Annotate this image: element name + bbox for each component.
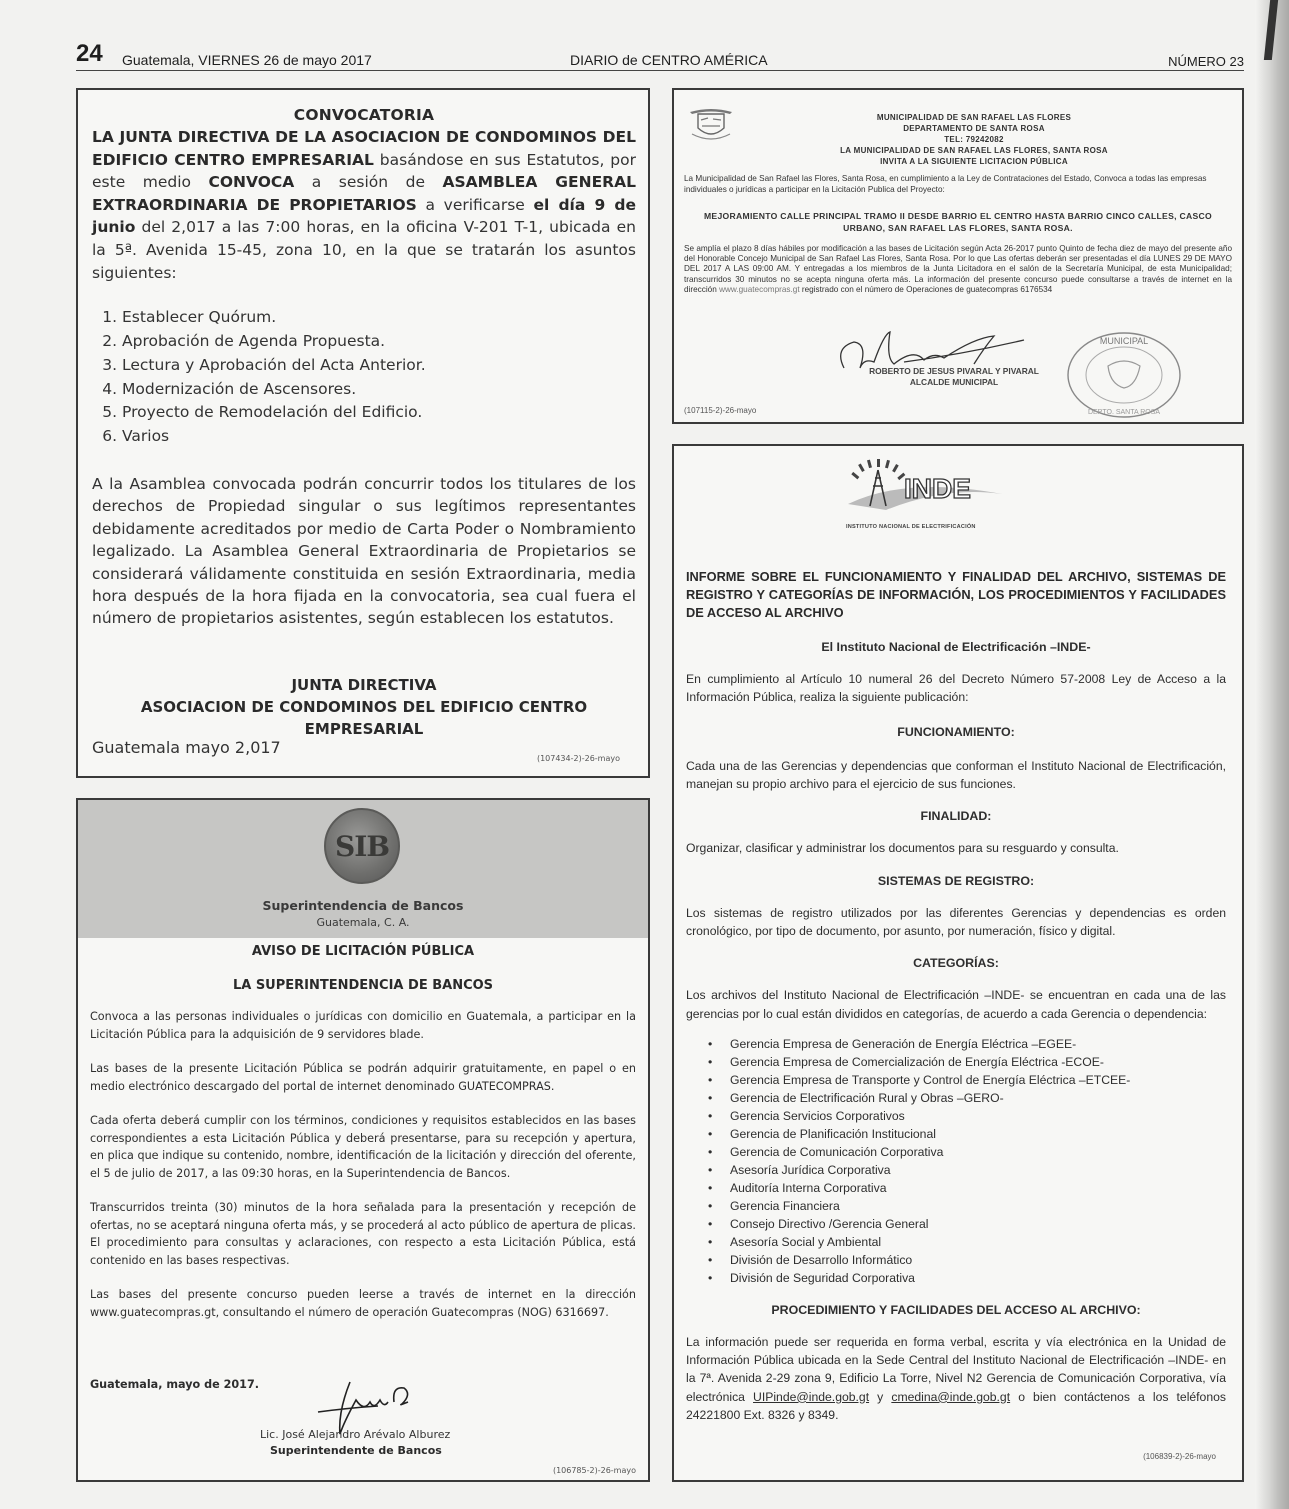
header-line: LA MUNICIPALIDAD DE SAN RAFAEL LAS FLORE… — [744, 145, 1204, 156]
agenda-item: Proyecto de Remodelación del Edificio. — [122, 401, 636, 425]
ad-reference: (107115-2)-26-mayo — [684, 406, 756, 415]
funcionamiento-text: Cada una de las Gerencias y dependencias… — [686, 757, 1226, 793]
section-heading-funcionamiento: FUNCIONAMIENTO: — [686, 723, 1226, 741]
notice-signature: JUNTA DIRECTIVA ASOCIACION DE CONDOMINOS… — [92, 674, 636, 740]
agenda-item: Aprobación de Agenda Propuesta. — [122, 330, 636, 354]
section-heading-procedimiento: PROCEDIMIENTO Y FACILIDADES DEL ACCESO A… — [686, 1301, 1226, 1319]
inde-logo-icon: INDE — [846, 456, 1002, 518]
section-heading-categorias: CATEGORÍAS: — [686, 954, 1226, 972]
header-line: TEL: 79242082 — [744, 134, 1204, 145]
signer-name: ROBERTO DE JESUS PIVARAL Y PIVARAL — [824, 366, 1084, 377]
report-subtitle: El Instituto Nacional de Electrificación… — [686, 638, 1226, 656]
newspaper-name: DIARIO de CENTRO AMÉRICA — [570, 52, 768, 68]
svg-text:MUNICIPAL: MUNICIPAL — [1100, 336, 1148, 346]
lead-segment: CONVOCA — [209, 173, 295, 191]
place-date: Guatemala mayo 2,017 — [92, 738, 281, 757]
signer-title: Superintendente de Bancos — [270, 1444, 442, 1457]
tender-body: Convoca a las personas individuales o ju… — [90, 1008, 636, 1338]
org-name: Superintendencia de Bancos — [78, 898, 648, 913]
lead-segment: del 2,017 a las 7:00 horas, en la oficin… — [92, 218, 636, 281]
guatecompras-link[interactable]: www.guatecompras.gt — [719, 285, 800, 294]
tender-paragraph: Transcurridos treinta (30) minutos de la… — [90, 1199, 636, 1269]
header-line: MUNICIPALIDAD DE SAN RAFAEL LAS FLORES — [744, 112, 1204, 123]
municipal-stamp-icon: MUNICIPAL DEPTO. SANTA ROSA — [1064, 330, 1184, 420]
sib-tender-notice: SIB Superintendencia de Bancos Guatemala… — [76, 798, 650, 1482]
header-line: INVITA A LA SIGUIENTE LICITACION PÚBLICA — [744, 156, 1204, 167]
header-line: DEPARTAMENTO DE SANTA ROSA — [744, 123, 1204, 134]
inde-archive-report: INDE INSTITUTO NACIONAL DE ELECTRIFICACI… — [672, 444, 1244, 1482]
sistemas-text: Los sistemas de registro utilizados por … — [686, 904, 1226, 940]
svg-text:DEPTO. SANTA ROSA: DEPTO. SANTA ROSA — [1088, 409, 1160, 416]
tender-paragraph: Convoca a las personas individuales o ju… — [90, 1008, 636, 1043]
finalidad-text: Organizar, clasificar y administrar los … — [686, 839, 1226, 857]
municipal-detail: Se amplía el plazo 8 días hábiles por mo… — [684, 244, 1232, 295]
agenda-item: Lectura y Aprobación del Acta Anterior. — [122, 354, 636, 378]
signer-title: ALCALDE MUNICIPAL — [824, 377, 1084, 388]
signature-line1: JUNTA DIRECTIVA — [92, 674, 636, 696]
category-item: Gerencia Empresa de Generación de Energí… — [730, 1035, 1226, 1053]
category-item: División de Seguridad Corporativa — [730, 1269, 1226, 1287]
email-link-uip[interactable]: UIPinde@inde.gob.gt — [753, 1390, 869, 1404]
sib-seal-icon: SIB — [324, 808, 400, 884]
tender-paragraph: Las bases del presente concurso pueden l… — [90, 1286, 636, 1321]
ad-reference: (106785-2)-26-mayo — [553, 1466, 636, 1475]
notice-paragraph: A la Asamblea convocada podrán concurrir… — [92, 473, 636, 630]
convocatoria-notice: CONVOCATORIA LA JUNTA DIRECTIVA DE LA AS… — [76, 88, 650, 778]
ad-reference: (107434-2)-26-mayo — [537, 754, 620, 763]
notice-lead: LA JUNTA DIRECTIVA DE LA ASOCIACION DE C… — [92, 126, 636, 284]
procedimiento-text: La información puede ser requerida en fo… — [686, 1333, 1226, 1424]
tender-paragraph: Cada oferta deberá cumplir con los térmi… — [90, 1112, 636, 1182]
agenda-item: Varios — [122, 425, 636, 449]
tender-paragraph: Las bases de la presente Licitación Públ… — [90, 1060, 636, 1095]
notice-title: CONVOCATORIA — [92, 106, 636, 124]
category-item: Asesoría Social y Ambiental — [730, 1233, 1226, 1251]
org-location: Guatemala, C. A. — [78, 916, 648, 929]
category-item: Gerencia de Planificación Institucional — [730, 1125, 1226, 1143]
tender-subheading: LA SUPERINTENDENCIA DE BANCOS — [78, 978, 648, 993]
categories-list: Gerencia Empresa de Generación de Energí… — [686, 1035, 1226, 1287]
category-item: División de Desarrollo Informático — [730, 1251, 1226, 1269]
section-heading-finalidad: FINALIDAD: — [686, 807, 1226, 825]
municipal-header: MUNICIPALIDAD DE SAN RAFAEL LAS FLORESDE… — [744, 112, 1204, 167]
page-header: 24 Guatemala, VIERNES 26 de mayo 2017 DI… — [76, 44, 1244, 71]
municipal-intro: La Municipalidad de San Rafael las Flore… — [684, 174, 1232, 195]
inde-logo-subtitle: INSTITUTO NACIONAL DE ELECTRIFICACIÓN — [846, 524, 1006, 530]
agenda-item: Establecer Quórum. — [122, 306, 636, 330]
project-name: MEJORAMIENTO CALLE PRINCIPAL TRAMO II DE… — [684, 210, 1232, 234]
category-item: Gerencia Servicios Corporativos — [730, 1107, 1226, 1125]
category-item: Gerencia de Electrificación Rural y Obra… — [730, 1089, 1226, 1107]
municipal-tender-notice: MUNICIPALIDAD DE SAN RAFAEL LAS FLORESDE… — [672, 88, 1244, 424]
date-line: Guatemala, VIERNES 26 de mayo 2017 — [122, 52, 372, 68]
report-content: El Instituto Nacional de Electrificación… — [686, 638, 1226, 1424]
page-edge — [1255, 0, 1289, 1509]
category-item: Gerencia Empresa de Transporte y Control… — [730, 1071, 1226, 1089]
signer-name: Lic. José Alejandro Arévalo Alburez — [260, 1428, 450, 1441]
category-item: Gerencia Financiera — [730, 1197, 1226, 1215]
lead-segment: a verificarse — [417, 196, 534, 214]
categorias-text: Los archivos del Instituto Nacional de E… — [686, 986, 1226, 1022]
page-number: 24 — [76, 40, 103, 68]
issue-number: NÚMERO 23 — [1168, 54, 1244, 69]
category-item: Gerencia Empresa de Comercialización de … — [730, 1053, 1226, 1071]
agenda-list: Establecer Quórum.Aprobación de Agenda P… — [92, 306, 636, 449]
tender-heading: AVISO DE LICITACIÓN PÚBLICA — [78, 944, 648, 959]
municipal-crest-icon — [686, 104, 736, 144]
agenda-item: Modernización de Ascensores. — [122, 378, 636, 402]
lead-segment: a sesión de — [294, 173, 442, 191]
section-heading-sistemas: SISTEMAS DE REGISTRO: — [686, 872, 1226, 890]
report-title: INFORME SOBRE EL FUNCIONAMIENTO Y FINALI… — [686, 568, 1226, 622]
municipal-signer: ROBERTO DE JESUS PIVARAL Y PIVARAL ALCAL… — [824, 366, 1084, 388]
ad-reference: (106839-2)-26-mayo — [1143, 1452, 1216, 1461]
category-item: Asesoría Jurídica Corporativa — [730, 1161, 1226, 1179]
category-item: Consejo Directivo /Gerencia General — [730, 1215, 1226, 1233]
report-intro: En cumplimiento al Artículo 10 numeral 2… — [686, 670, 1226, 706]
closing-line: Guatemala, mayo de 2017. — [90, 1378, 259, 1391]
category-item: Gerencia de Comunicación Corporativa — [730, 1143, 1226, 1161]
email-link-cmedina[interactable]: cmedina@inde.gob.gt — [891, 1390, 1010, 1404]
sib-banner: SIB Superintendencia de Bancos Guatemala… — [78, 800, 648, 938]
category-item: Auditoría Interna Corporativa — [730, 1179, 1226, 1197]
svg-text:INDE: INDE — [904, 473, 971, 504]
signature-line2: ASOCIACION DE CONDOMINOS DEL EDIFICIO CE… — [92, 696, 636, 740]
